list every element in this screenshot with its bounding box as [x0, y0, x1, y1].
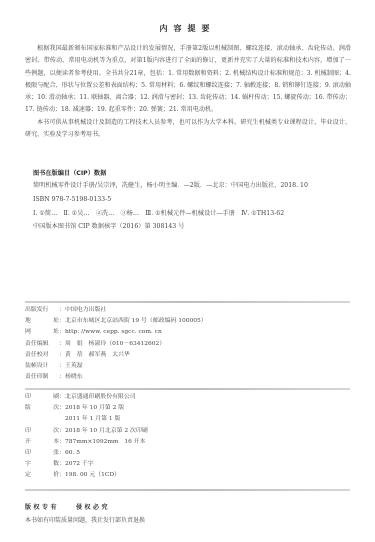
info-row-word-count: 字数： 2072 千字 — [25, 459, 351, 470]
info-label: 定价 — [25, 470, 59, 481]
info-row-edition: 版次： 2018 年 10 月第 2 版 — [25, 403, 351, 414]
cip-classification: Ⅰ. ①简… Ⅱ. ①吴… ②冼… ③杨… Ⅲ. ①机械元件—机械设计—手册 Ⅳ… — [25, 207, 351, 221]
info-row-print-supervisor: 责任印制： 杨晓东 — [25, 372, 351, 383]
info-row-editor: 责任编辑： 周 娟 杨淑玲（010－63412602） — [25, 339, 351, 350]
divider-rule — [25, 301, 350, 303]
info-row-designer: 装帧设计： 王英磊 — [25, 361, 351, 372]
copyright-page: 内容提要 根据我国最新颁布国家标准和产品设计的发展情况，手册第2版以机械制图、螺… — [0, 0, 375, 542]
info-label: 印次 — [25, 426, 59, 437]
info-value: 王英磊 — [65, 361, 351, 372]
info-label: 地址 — [25, 316, 59, 327]
info-row-edition-first: 2011 年 1 月第 1 版 — [25, 414, 351, 425]
info-row-publisher: 出版发行： 中国电力出版社 — [25, 305, 351, 316]
info-value: 黄 蓓 郝军燕 太兴华 — [65, 350, 351, 361]
info-value: 2011 年 1 月第 1 版 — [65, 414, 351, 425]
abstract-title: 内容提要 — [0, 23, 375, 34]
info-value: 787mm×1092mm 16 开本 — [65, 437, 351, 448]
info-value: http: //www. cepp. sgcc. com. cn — [65, 327, 351, 338]
cip-number: 中国版本图书馆 CIP 数据核字（2016）第 308143 号 — [25, 220, 351, 234]
info-label: 字数 — [25, 459, 59, 470]
info-label — [25, 414, 59, 425]
info-value: 198. 00 元（1CD） — [65, 470, 351, 481]
info-label: 版次 — [25, 403, 59, 414]
info-label: 出版发行 — [25, 305, 59, 316]
info-value: 60. 5 — [65, 448, 351, 459]
info-row-format: 开本： 787mm×1092mm 16 开本 — [25, 437, 351, 448]
cip-heading: 图书在版编目（CIP）数据 — [33, 168, 106, 177]
abstract-body: 根据我国最新颁布国家标准和产品设计的发展情况，手册第2版以机械制图、螺纹连接、滚… — [25, 43, 351, 141]
info-value: 2018 年 10 月北京第 2 次印刷 — [65, 426, 351, 437]
copyright-heading: 版权专有 侵权必究 — [25, 502, 110, 511]
info-value: 北京市东城区北京站西街 19 号（邮政编码 100005） — [65, 316, 351, 327]
info-row-sheets: 印张： 60. 5 — [25, 448, 351, 459]
info-value: 北京盛通印刷股份有限公司 — [65, 392, 351, 403]
info-value: 周 娟 杨淑玲（010－63412602） — [65, 339, 351, 350]
info-row-impression: 印次： 2018 年 10 月北京第 2 次印刷 — [25, 426, 351, 437]
info-label: 责任校对 — [25, 350, 59, 361]
info-label: 印张 — [25, 448, 59, 459]
info-label: 装帧设计 — [25, 361, 59, 372]
info-label: 网址 — [25, 327, 59, 338]
info-value: 2072 千字 — [65, 459, 351, 470]
divider-rule — [25, 489, 350, 491]
abstract-paragraph: 本书可供从事机械设计及制造的工程技术人员参考，也可以作为大学本科、研究生机械类专… — [25, 117, 351, 142]
divider-rule — [25, 388, 350, 390]
cip-block: 简明机械零件设计手册/吴宗泽，冼健生，杨小明主编．—2版．—北京：中国电力出版社… — [25, 181, 351, 234]
info-row-proofreader: 责任校对： 黄 蓓 郝军燕 太兴华 — [25, 350, 351, 361]
abstract-paragraph: 根据我国最新颁布国家标准和产品设计的发展情况，手册第2版以机械制图、螺纹连接、滚… — [25, 43, 351, 117]
info-label: 责任印制 — [25, 372, 59, 383]
print-info: 印刷： 北京盛通印刷股份有限公司 版次： 2018 年 10 月第 2 版 20… — [25, 392, 351, 482]
info-label: 开本 — [25, 437, 59, 448]
info-row-website: 网址： http: //www. cepp. sgcc. com. cn — [25, 327, 351, 338]
cip-isbn: ISBN 978-7-5198-0133-5 — [25, 193, 351, 207]
info-row-printer: 印刷： 北京盛通印刷股份有限公司 — [25, 392, 351, 403]
info-row-address: 地址： 北京市东城区北京站西街 19 号（邮政编码 100005） — [25, 316, 351, 327]
cip-title-line: 简明机械零件设计手册/吴宗泽，冼健生，杨小明主编．—2版．—北京：中国电力出版社… — [25, 181, 351, 191]
publisher-info: 出版发行： 中国电力出版社 地址： 北京市东城区北京站西街 19 号（邮政编码 … — [25, 305, 351, 383]
info-row-price: 定价： 198. 00 元（1CD） — [25, 470, 351, 481]
info-value: 中国电力出版社 — [65, 305, 351, 316]
info-label: 印刷 — [25, 392, 59, 403]
copyright-note: 本书如有印装质量问题，我社发行部负责退换 — [25, 515, 145, 524]
info-value: 2018 年 10 月第 2 版 — [65, 403, 351, 414]
info-value: 杨晓东 — [65, 372, 351, 383]
info-label: 责任编辑 — [25, 339, 59, 350]
